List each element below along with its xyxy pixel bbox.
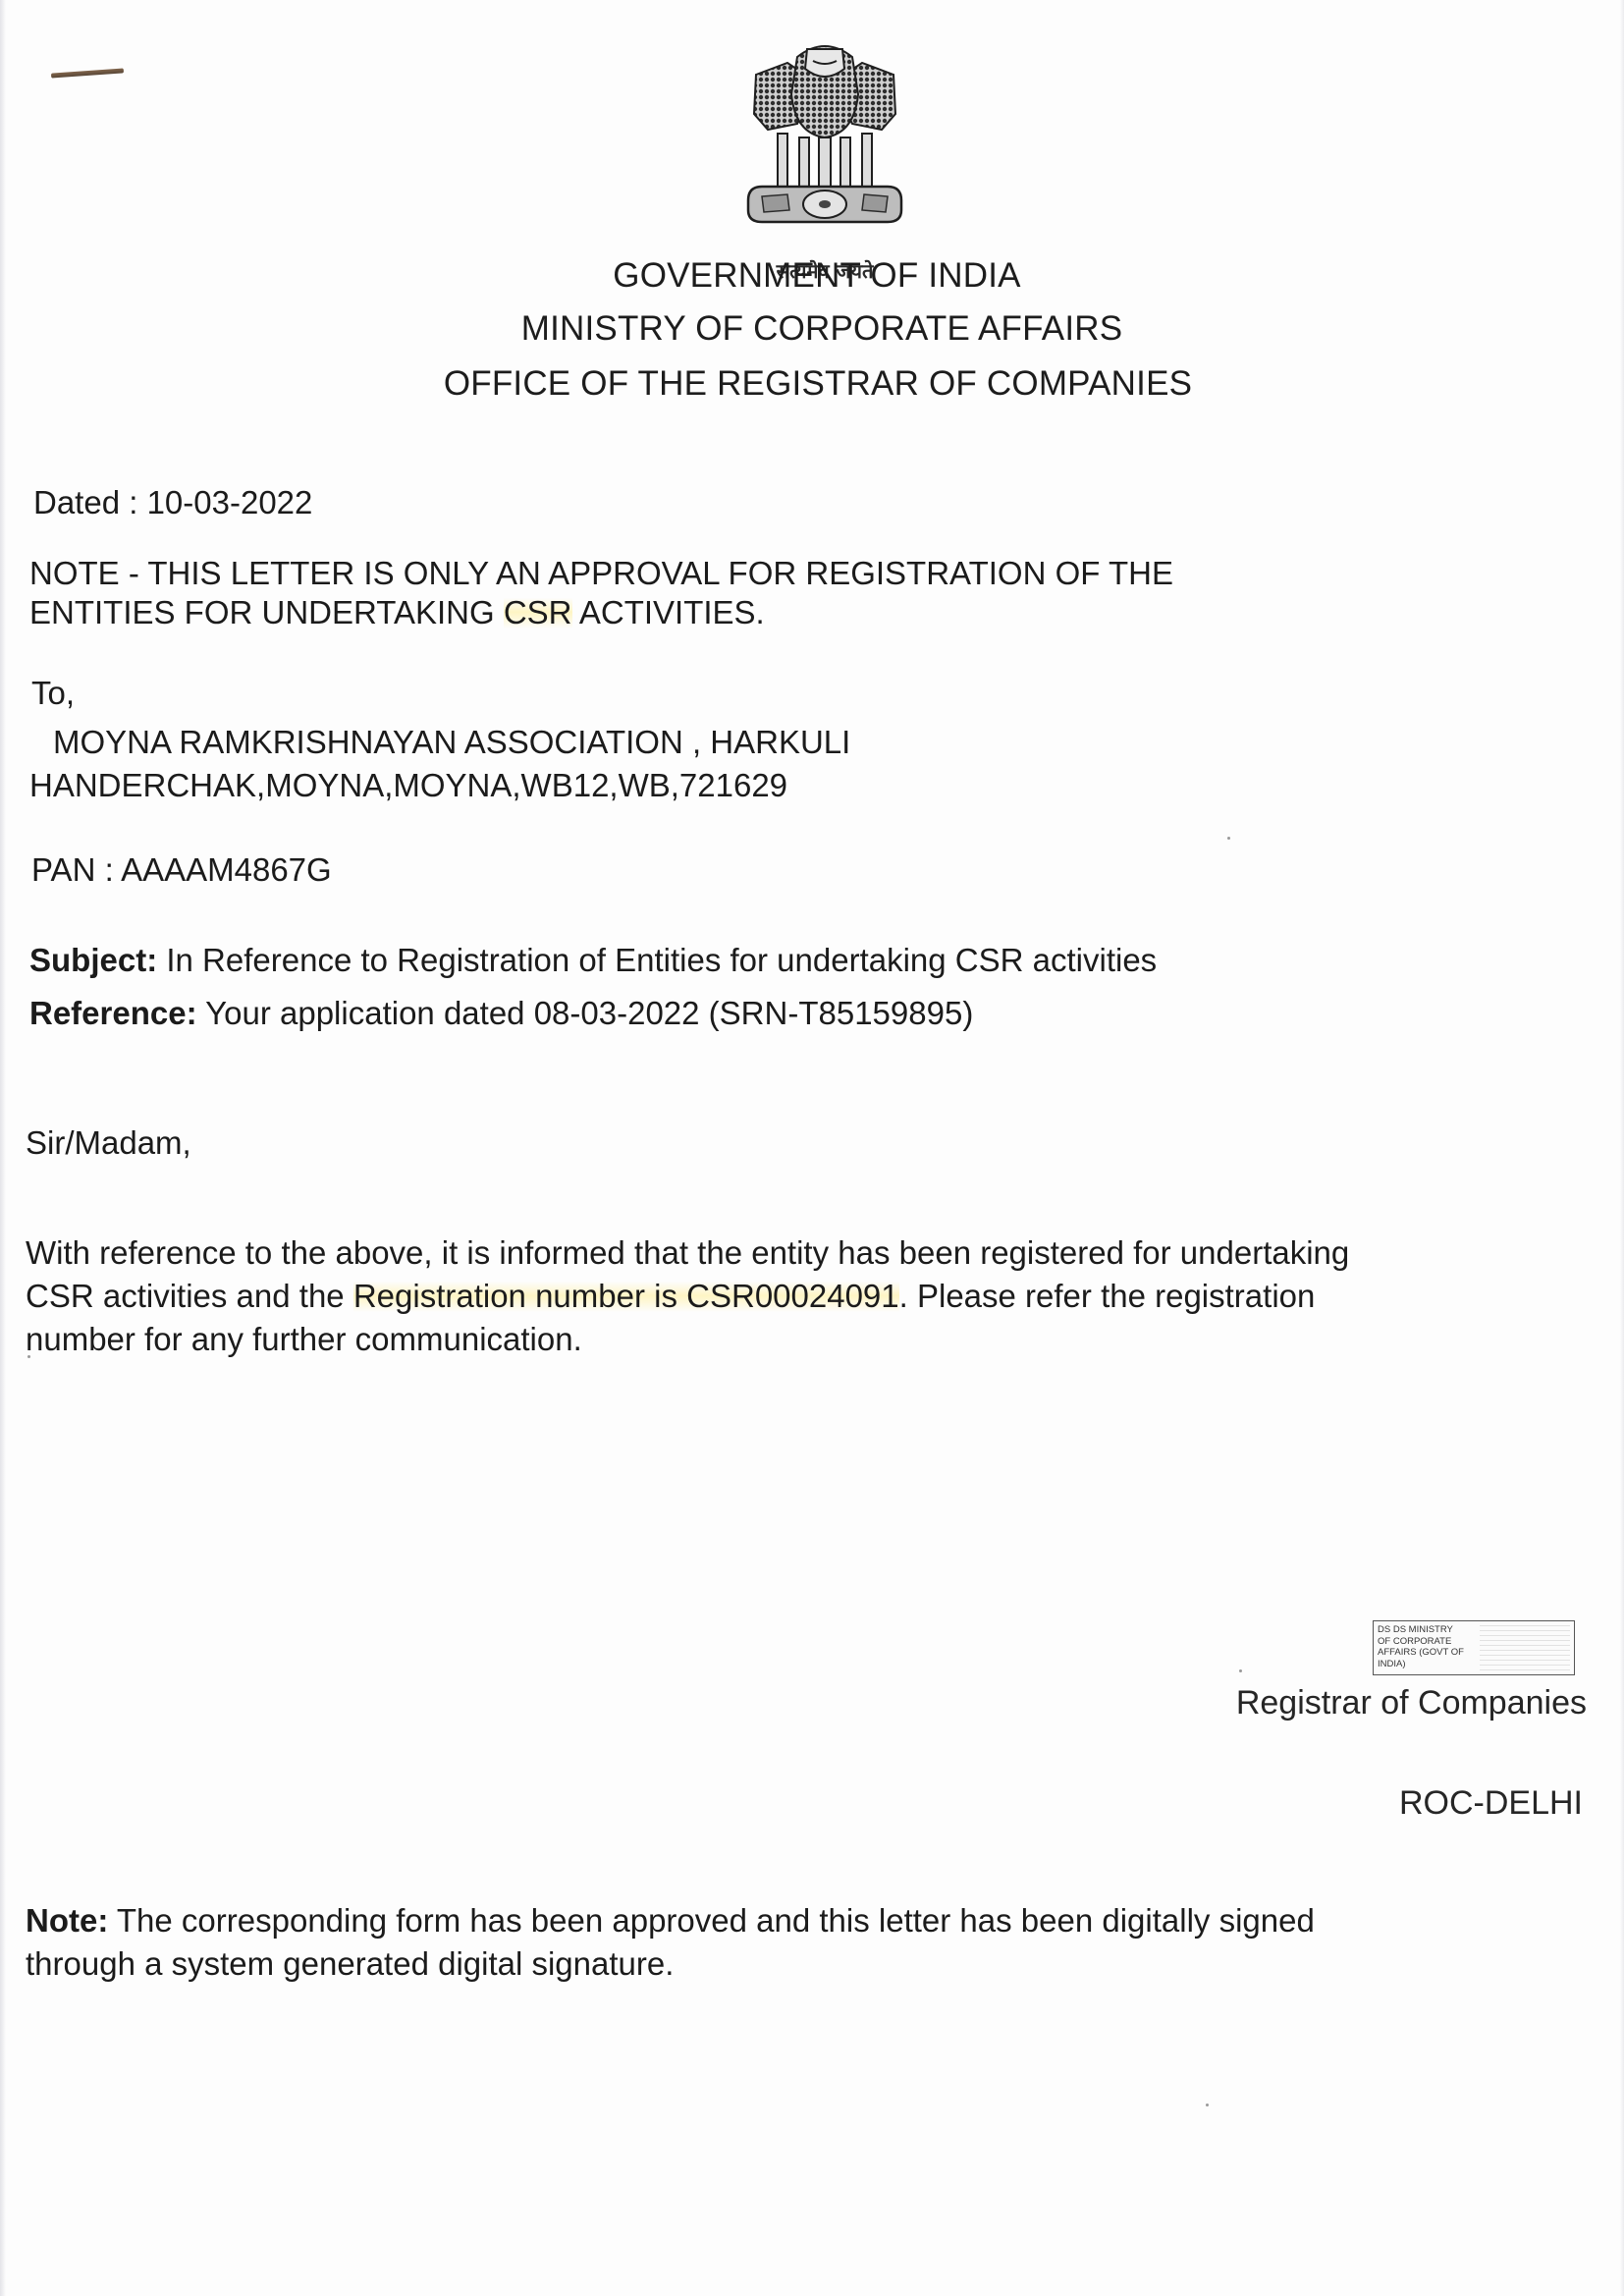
addressee-line-2: HANDERCHAK,MOYNA,MOYNA,WB12,WB,721629 bbox=[29, 766, 787, 805]
header-office: OFFICE OF THE REGISTRAR OF COMPANIES bbox=[0, 357, 1624, 410]
header-ministry: MINISTRY OF CORPORATE AFFAIRS bbox=[0, 302, 1624, 355]
subject-label: Subject: bbox=[29, 942, 157, 978]
reference-text: Your application dated bbox=[197, 995, 534, 1031]
subject-line: Subject: In Reference to Registration of… bbox=[29, 941, 1157, 980]
footer-note-line-2: through a system generated digital signa… bbox=[26, 1944, 674, 1984]
state-emblem: सत्यमेव जयते bbox=[729, 35, 921, 244]
to-label: To, bbox=[31, 674, 75, 713]
approval-note-suffix: ACTIVITIES. bbox=[572, 594, 765, 630]
scan-speck bbox=[1227, 837, 1230, 840]
approval-note-line-2: ENTITIES FOR UNDERTAKING CSR ACTIVITIES. bbox=[29, 593, 765, 632]
footer-note-text: The corresponding form has been approved… bbox=[108, 1902, 1315, 1939]
digital-signature-text: DS DS MINISTRY OF CORPORATE AFFAIRS (GOV… bbox=[1378, 1624, 1464, 1669]
pan-number: PAN : AAAAM4867G bbox=[31, 850, 332, 890]
reference-srn: (SRN-T85159895) bbox=[700, 995, 974, 1031]
body-line-1: With reference to the above, it is infor… bbox=[26, 1233, 1349, 1273]
digital-signature-box: DS DS MINISTRY OF CORPORATE AFFAIRS (GOV… bbox=[1373, 1620, 1575, 1675]
reference-date: 08-03-2022 bbox=[534, 995, 700, 1031]
pan-value: AAAAM4867G bbox=[121, 851, 332, 888]
scan-speck bbox=[1239, 1669, 1242, 1672]
subject-text: In Reference to Registration of Entities… bbox=[157, 942, 1157, 978]
approval-note-line-1: NOTE - THIS LETTER IS ONLY AN APPROVAL F… bbox=[29, 554, 1173, 593]
header-government: GOVERNMENT OF INDIA bbox=[0, 249, 1624, 302]
pan-label: PAN : bbox=[31, 851, 121, 888]
footer-note-line-1: Note: The corresponding form has been ap… bbox=[26, 1901, 1315, 1941]
scan-speck bbox=[1206, 2104, 1209, 2106]
addressee-line-1: MOYNA RAMKRISHNAYAN ASSOCIATION , HARKUL… bbox=[53, 723, 850, 762]
reference-line: Reference: Your application dated 08-03-… bbox=[29, 994, 973, 1033]
dated-value: 10-03-2022 bbox=[147, 484, 313, 520]
body-line-3: number for any further communication. bbox=[26, 1320, 582, 1359]
ashoka-lion-capital-icon bbox=[729, 35, 921, 244]
salutation: Sir/Madam, bbox=[26, 1123, 191, 1163]
registration-number-highlight: Registration number is CSR00024091 bbox=[353, 1278, 899, 1314]
dated-label: Dated : bbox=[33, 484, 147, 520]
scan-speck bbox=[27, 1355, 30, 1358]
footer-note-label: Note: bbox=[26, 1902, 108, 1939]
signature-detail-text bbox=[1480, 1625, 1570, 1670]
approval-note-prefix: ENTITIES FOR UNDERTAKING bbox=[29, 594, 504, 630]
body-line-2: CSR activities and the Registration numb… bbox=[26, 1277, 1315, 1316]
reference-label: Reference: bbox=[29, 995, 197, 1031]
staple-mark bbox=[51, 68, 124, 78]
letter-date: Dated : 10-03-2022 bbox=[33, 483, 312, 522]
signatory-title: Registrar of Companies bbox=[1236, 1683, 1587, 1722]
signatory-office: ROC-DELHI bbox=[1399, 1783, 1583, 1823]
highlighted-csr: CSR bbox=[504, 594, 572, 630]
body-line-2-prefix: CSR activities and the bbox=[26, 1278, 353, 1314]
body-line-2-suffix: . Please refer the registration bbox=[899, 1278, 1316, 1314]
